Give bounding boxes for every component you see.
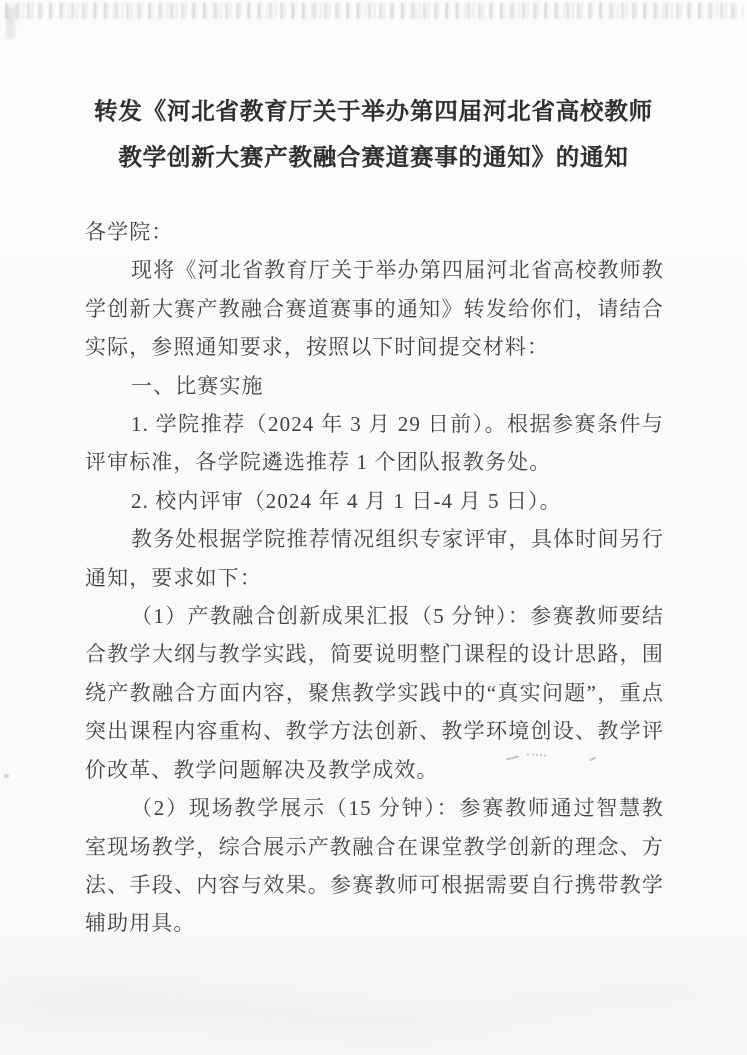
document-title: 转发《河北省教育厅关于举办第四届河北省高校教师 教学创新大赛产教融合赛道赛事的通…	[0, 89, 747, 181]
scan-artifact-pencil-mark-4	[4, 774, 9, 778]
paragraph-section-heading: 一、比赛实施	[85, 367, 664, 405]
paragraph-item-1-college-recommendation: 1. 学院推荐（2024 年 3 月 29 日前）。根据参赛条件与评审标准，各学…	[85, 405, 664, 482]
salutation: 各学院：	[85, 213, 664, 251]
paragraph-review-requirements: 教务处根据学院推荐情况组织专家评审，具体时间另行通知，要求如下：	[85, 520, 664, 597]
document-body: 各学院： 现将《河北省教育厅关于举办第四届河北省高校教师教学创新大赛产教融合赛道…	[85, 213, 664, 943]
paragraph-intro: 现将《河北省教育厅关于举办第四届河北省高校教师教学创新大赛产教融合赛道赛事的通知…	[85, 251, 664, 366]
paragraph-point-1-achievement-report: （1）产教融合创新成果汇报（5 分钟）：参赛教师要结合教学大纲与教学实践，简要说…	[85, 597, 664, 789]
title-line-2: 教学创新大赛产教融合赛道赛事的通知》的通知	[118, 145, 628, 171]
paragraph-item-2-campus-review: 2. 校内评审（2024 年 4 月 1 日-4 月 5 日）。	[85, 482, 664, 520]
title-line-1: 转发《河北省教育厅关于举办第四届河北省高校教师	[94, 99, 653, 125]
scan-artifact-bottom-shading	[0, 935, 747, 1055]
scan-artifact-left-smear	[6, 7, 15, 39]
paragraph-point-2-live-teaching-demo: （2）现场教学展示（15 分钟）：参赛教师通过智慧教室现场教学，综合展示产教融合…	[85, 789, 664, 943]
scan-artifact-top-edge	[5, 3, 743, 19]
scanned-document-page: 转发《河北省教育厅关于举办第四届河北省高校教师 教学创新大赛产教融合赛道赛事的通…	[0, 0, 747, 1055]
